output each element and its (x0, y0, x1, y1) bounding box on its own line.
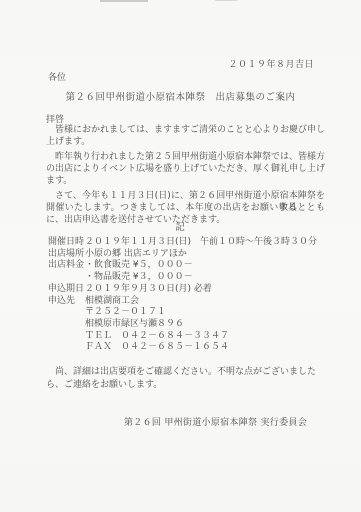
detail-value: 小原の郷 出店エリアほか (85, 249, 341, 261)
letter-body: 皆様におかれましては、ますますご清栄のことと心よりお慶び申し上げます。 昨年執り… (46, 124, 325, 229)
details-row: 開催日時 ２０１９年１１月３日(日) 午前１０時～午後３時３０分 (48, 237, 341, 249)
details-row: ＴＥＬ ０４２－６８４－３３４７ (48, 331, 341, 343)
detail-label (48, 272, 85, 284)
detail-value: ＴＥＬ ０４２－６８４－３３４７ (85, 331, 341, 343)
detail-value: 相模原市緑区与瀬８９６ (85, 319, 341, 331)
details-row: 申込期日 ２０１９年９月３０日(月) 必着 (48, 284, 341, 296)
detail-value: ・物品販売 ¥３，０００－ (85, 272, 341, 284)
detail-label (48, 307, 85, 319)
letter-date: ２０１９年８月吉日 (228, 57, 314, 70)
scan-artifact (215, 0, 237, 1)
letter-closing: 敬具 (279, 200, 297, 213)
details-row: 出店場所 小原の郷 出店エリアほか (48, 249, 341, 261)
detail-value: ＦＡＸ ０４２－６８５－１６５４ (85, 342, 341, 354)
details-row: 相模原市緑区与瀬８９６ (48, 319, 341, 331)
details-row: ・物品販売 ¥３，０００－ (48, 272, 341, 284)
details-row: 〒２５２－０１７１ (48, 307, 341, 319)
scanned-letter-page: ２０１９年８月吉日 各位 第２６回甲州街道小原宿本陣祭 出店募集のご案内 拝啓 … (0, 0, 361, 512)
detail-label (48, 319, 85, 331)
details-row: 申込先 相模湖商工会 (48, 296, 341, 308)
detail-label: 出店料金 (48, 260, 85, 272)
addressee: 各位 (48, 70, 66, 83)
detail-label (48, 331, 85, 343)
notice-heading: 記 (0, 219, 361, 233)
body-paragraph: 昨年執り行われました第２５回甲州街道小原宿本陣祭では、皆様方の出店によりイベント… (46, 151, 325, 187)
detail-label: 出店場所 (48, 249, 85, 261)
detail-value: 〒２５２－０１７１ (85, 307, 341, 319)
detail-value: 相模湖商工会 (85, 296, 341, 308)
detail-value: ２０１９年１１月３日(日) 午前１０時～午後３時３０分 (85, 237, 341, 249)
detail-value: ・飲食販売 ¥５，０００－ (85, 260, 341, 272)
details-row: ＦＡＸ ０４２－６８５－１６５４ (48, 342, 341, 354)
body-paragraph: 皆様におかれましては、ますますご清栄のことと心よりお慶び申し上げます。 (46, 124, 325, 148)
detail-label (48, 342, 85, 354)
detail-label: 開催日時 (48, 237, 85, 249)
footnote: 尚、詳細は出店要項をご確認ください。不明な点がございましたら、ご連絡をお願いしま… (46, 366, 325, 391)
detail-label: 申込先 (48, 296, 85, 308)
details-block: 開催日時 ２０１９年１１月３日(日) 午前１０時～午後３時３０分 出店場所 小原… (48, 237, 341, 354)
details-row: 出店料金 ・飲食販売 ¥５，０００－ (48, 260, 341, 272)
detail-value: ２０１９年９月３０日(月) 必着 (85, 284, 341, 296)
detail-label: 申込期日 (48, 284, 85, 296)
letter-title: 第２６回甲州街道小原宿本陣祭 出店募集のご案内 (0, 89, 361, 103)
letter-signature: 第２６回 甲州街道小原宿本陣祭 実行委員会 (0, 415, 307, 428)
scan-artifact (100, 0, 148, 2)
